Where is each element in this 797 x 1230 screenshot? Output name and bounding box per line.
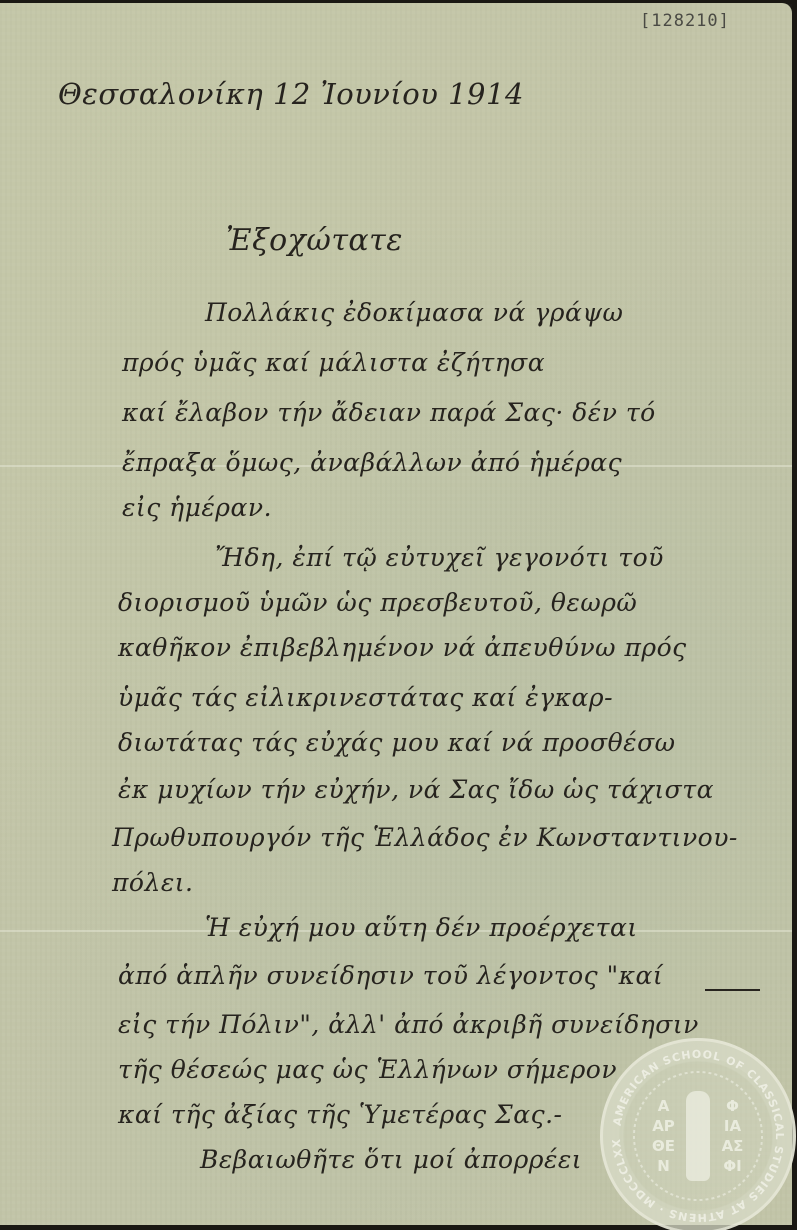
letter-line: Ἡ εὐχή μου αὕτη δέν προέρχεται <box>205 913 638 942</box>
seal-center: Α ΑΡ ΘΕ Ν Φ ΙΑ ΑΣ ΦΙ <box>643 1081 753 1191</box>
letter-line: εἰς τήν Πόλιν", ἀλλ' ἀπό ἀκριβῆ συνείδησ… <box>118 1010 699 1039</box>
seal-letter: ΑΣ <box>722 1137 744 1155</box>
embossed-seal: AMERICAN SCHOOL OF CLASSICAL STUDIES AT … <box>600 1038 796 1230</box>
line-text: ἀπό ἁπλῆν συνείδησιν τοῦ λέγοντος "καί <box>118 961 663 990</box>
letter-line: ὑμᾶς τάς εἰλικρινεστάτας καί ἐγκαρ- <box>118 683 613 712</box>
letter-line: τῆς θέσεώς μας ὡς Ἑλλήνων σήμερον <box>118 1055 617 1084</box>
underline-mark <box>705 989 760 991</box>
letter-line: Βεβαιωθῆτε ὅτι μοί ἀπορρέει <box>200 1145 582 1174</box>
letter-line: διωτάτας τάς εὐχάς μου καί νά προσθέσω <box>118 728 676 757</box>
seal-letter: ΑΡ <box>652 1117 675 1135</box>
seal-letter: Ν <box>657 1157 670 1175</box>
letter-line: Ἤδη, ἐπί τῷ εὐτυχεῖ γεγονότι τοῦ <box>215 543 664 572</box>
letter-line: καί τῆς ἀξίας τῆς Ὑμετέρας Σας.- <box>118 1100 562 1129</box>
seal-letter: Φ <box>726 1097 739 1115</box>
seal-letter: ΙΑ <box>724 1117 741 1135</box>
letter-line: πρός ὑμᾶς καί μάλιστα ἐζήτησα <box>122 348 545 377</box>
letter-line: καί ἔλαβον τήν ἄδειαν παρά Σας· δέν τό <box>122 398 656 427</box>
salutation: Ἐξοχώτατε <box>226 223 403 258</box>
letter-line: ἀπό ἁπλῆν συνείδησιν τοῦ λέγοντος "καί <box>118 961 663 990</box>
letter-line: ἐκ μυχίων τήν εὐχήν, νά Σας ἴδω ὡς τάχισ… <box>118 775 714 804</box>
letter-line: διορισμοῦ ὑμῶν ὡς πρεσβευτοῦ, θεωρῶ <box>118 588 637 617</box>
seal-letter: Α <box>658 1097 670 1115</box>
archive-reference: [128210] <box>640 11 730 31</box>
seal-letter: ΘΕ <box>652 1137 675 1155</box>
dateline: Θεσσαλονίκη 12 Ἰουνίου 1914 <box>58 77 524 111</box>
letter-line: Πολλάκις ἐδοκίμασα νά γράψω <box>205 298 623 327</box>
seal-right-letters: Φ ΙΑ ΑΣ ΦΙ <box>722 1097 744 1175</box>
letter-line: καθῆκον ἐπιβεβλημένον νά ἀπευθύνω πρός <box>118 633 687 662</box>
letter-line: ἔπραξα ὅμως, ἀναβάλλων ἀπό ἡμέρας <box>122 448 622 477</box>
seal-letter: ΦΙ <box>723 1157 741 1175</box>
letter-line: Πρωθυπουργόν τῆς Ἑλλάδος ἐν Κωνσταντινου… <box>112 823 738 852</box>
letter-page: [128210] Θεσσαλονίκη 12 Ἰουνίου 1914 Ἐξο… <box>0 3 792 1225</box>
letter-line: πόλει. <box>112 868 194 897</box>
letter-line: εἰς ἡμέραν. <box>122 493 272 522</box>
seal-figure-icon <box>686 1091 710 1181</box>
seal-left-letters: Α ΑΡ ΘΕ Ν <box>652 1097 675 1175</box>
